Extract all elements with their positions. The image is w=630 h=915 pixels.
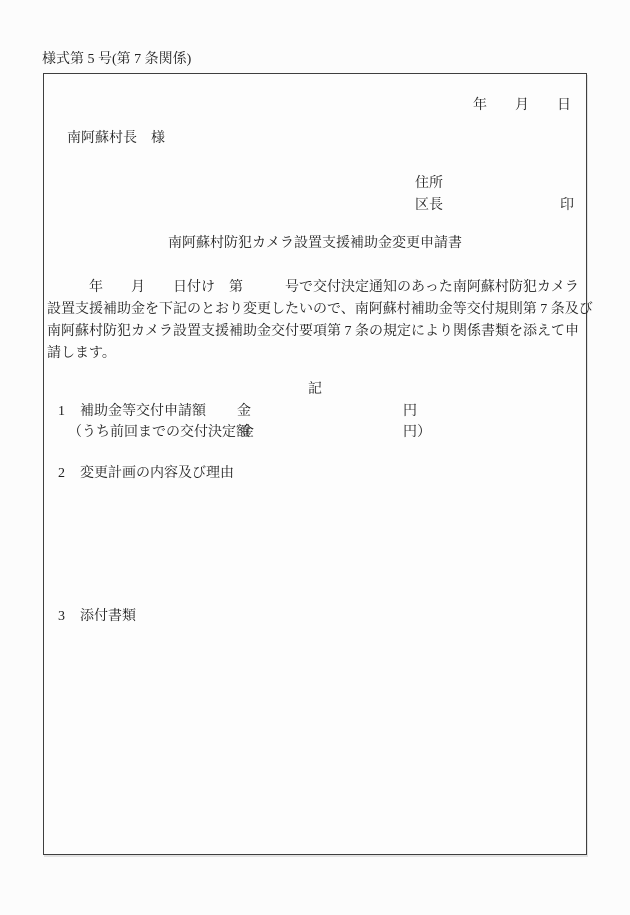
body-line-1: 年 月 日付け 第 号で交付決定通知のあった南阿蘇村防犯カメラ <box>47 280 579 296</box>
item-2-number: 2 <box>58 466 65 482</box>
item-1-sub-currency-prefix: 金 <box>240 425 254 441</box>
form-frame: 年 月 日 南阿蘇村長 様 住所 区長 印 南阿蘇村防犯カメラ設置支援補助金変更… <box>43 73 587 855</box>
note-marker: 記 <box>44 382 586 398</box>
item-1-currency-suffix: 円 <box>403 404 417 420</box>
item-1-number: 1 <box>58 404 65 420</box>
item-1-sub-currency-suffix: 円） <box>403 425 431 441</box>
document-title: 南阿蘇村防犯カメラ設置支援補助金変更申請書 <box>44 236 586 252</box>
item-3-number: 3 <box>58 609 65 625</box>
document-page: 様式第 5 号(第 7 条関係) 年 月 日 南阿蘇村長 様 住所 区長 印 南… <box>0 0 630 915</box>
date-blank-line: 年 月 日 <box>473 98 571 114</box>
body-line-3: 南阿蘇村防犯カメラ設置支援補助金交付要項第 7 条の規定により関係書類を添えて申 <box>47 324 579 340</box>
addressee-line: 南阿蘇村長 様 <box>67 131 165 147</box>
seal-mark: 印 <box>560 198 574 214</box>
form-number-label: 様式第 5 号(第 7 条関係) <box>42 52 191 68</box>
item-1-sub-label: （うち前回までの交付決定額 <box>68 425 250 441</box>
body-line-4: 請します。 <box>47 346 116 362</box>
district-chief-label: 区長 <box>415 198 443 214</box>
item-1-label: 補助金等交付申請額 <box>80 404 206 420</box>
item-3-label: 添付書類 <box>80 609 136 625</box>
address-label: 住所 <box>415 176 443 192</box>
body-line-2: 設置支援補助金を下記のとおり変更したいので、南阿蘇村補助金等交付規則第 7 条及… <box>47 302 593 318</box>
item-1-currency-prefix: 金 <box>237 404 251 420</box>
item-2-label: 変更計画の内容及び理由 <box>80 466 234 482</box>
